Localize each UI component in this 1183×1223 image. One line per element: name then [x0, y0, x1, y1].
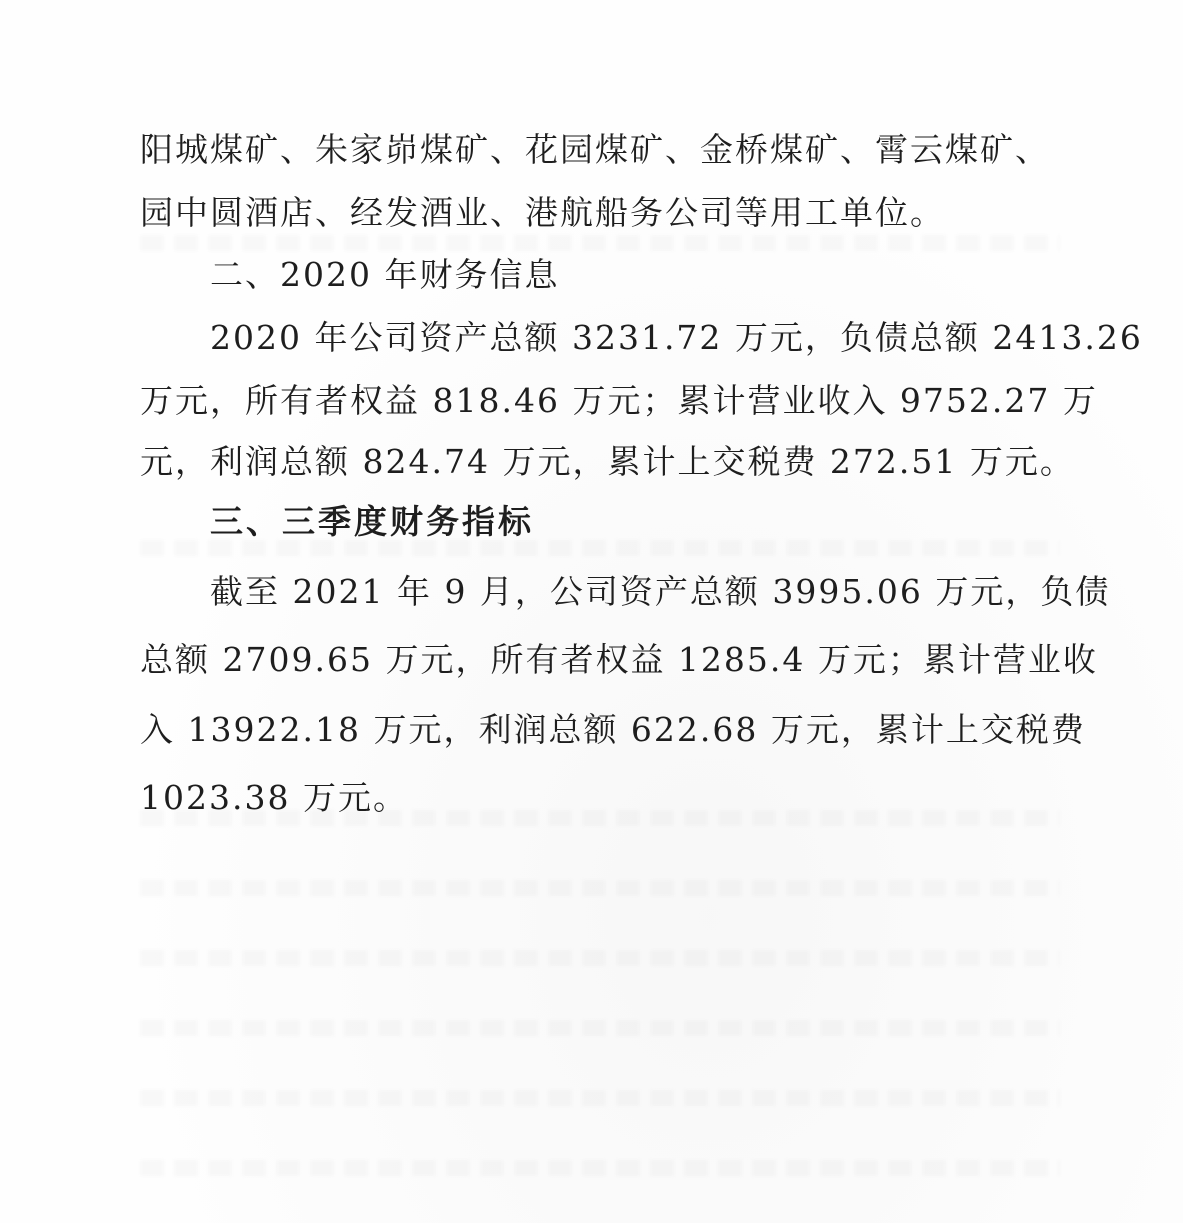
show-through-artifact	[140, 1090, 1060, 1106]
show-through-artifact	[140, 540, 1060, 556]
text-line: 1023.38 万元。	[140, 778, 1070, 818]
show-through-artifact	[140, 1020, 1060, 1036]
text-line: 阳城煤矿、朱家峁煤矿、花园煤矿、金桥煤矿、霄云煤矿、	[140, 130, 1070, 170]
scanned-document-page: 阳城煤矿、朱家峁煤矿、花园煤矿、金桥煤矿、霄云煤矿、 园中圆酒店、经发酒业、港航…	[0, 0, 1183, 1223]
show-through-artifact	[140, 950, 1060, 966]
show-through-artifact	[140, 235, 1060, 251]
text-line: 2020 年公司资产总额 3231.72 万元，负债总额 2413.26	[210, 318, 1140, 358]
show-through-artifact	[140, 1160, 1060, 1176]
text-line: 万元，所有者权益 818.46 万元；累计营业收入 9752.27 万	[140, 381, 1070, 421]
section-heading: 二、2020 年财务信息	[210, 255, 1140, 295]
section-heading: 三、三季度财务指标	[210, 502, 1140, 542]
text-line: 园中圆酒店、经发酒业、港航船务公司等用工单位。	[140, 193, 1070, 233]
text-line: 总额 2709.65 万元，所有者权益 1285.4 万元；累计营业收	[140, 640, 1070, 680]
show-through-artifact	[140, 880, 1060, 896]
text-line: 截至 2021 年 9 月，公司资产总额 3995.06 万元，负债	[210, 572, 1140, 612]
text-line: 元，利润总额 824.74 万元，累计上交税费 272.51 万元。	[140, 442, 1070, 482]
text-line: 入 13922.18 万元，利润总额 622.68 万元，累计上交税费	[140, 710, 1070, 750]
